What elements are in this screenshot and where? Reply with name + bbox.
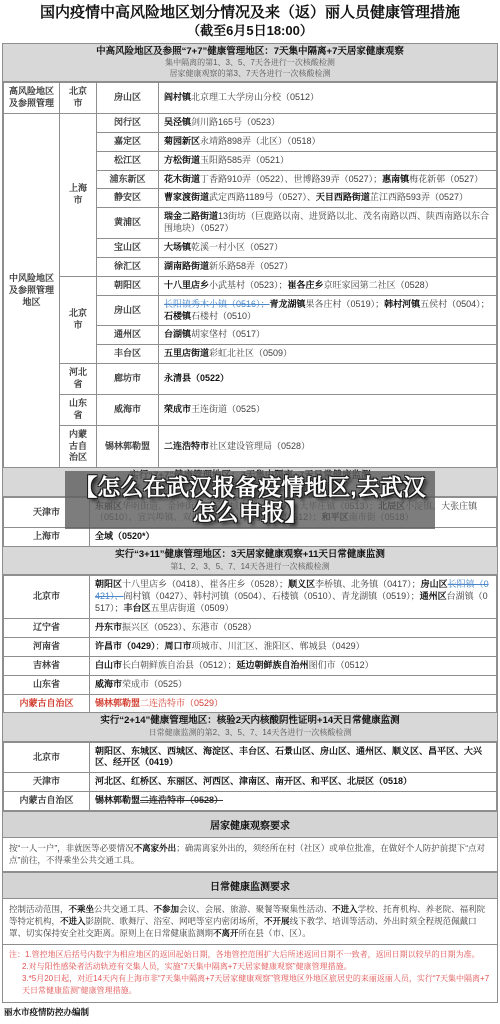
table-row: 内蒙古自治区锡林郭勒盟二连浩特市（0528） <box>4 792 497 811</box>
section1-header: 中高风险地区及参照“7+7”健康管理地区：7天集中隔离+7天居家健康观察 集中隔… <box>3 44 497 83</box>
district-cell: 静安区 <box>97 189 159 208</box>
text-run: 果各庄村（0519）； <box>306 299 385 309</box>
province-cell: 北京市 <box>60 276 97 363</box>
section1-sub1: 集中隔离的第1、3、5、7天各进行一次核酸检测 <box>7 58 493 68</box>
text-run: 朝阳区、东城区、西城区、海淀区、丰台区、石景山区、房山区、通州区、顺义区、昌平区… <box>95 746 482 768</box>
district-cell: 房山区 <box>97 295 159 326</box>
province-cell: 天津市 <box>4 773 90 792</box>
three-plus-eleven-table: 北京市朝阳区十八里店乡（0418）、崔各庄乡（0528）；顺义区李桥镇、北务镇（… <box>3 575 497 713</box>
footer-credit: 丽水市疫情防控办编制 <box>2 1003 498 1024</box>
text-run: 顺义区 <box>288 579 315 589</box>
text-run: 不离开 <box>213 928 239 938</box>
text-run: 阎村镇 <box>164 92 191 102</box>
district-cell: 朝阳区 <box>97 276 159 295</box>
page-subtitle: （截至6月5日18:00） <box>2 23 498 40</box>
text-run: 王连街道（0525） <box>191 404 265 414</box>
detail-cell: 台湖镇胡家垡村（0517） <box>159 326 497 345</box>
section3-sub1: 第1、2、3、5、7、14天各进行一次核酸检测 <box>7 562 493 572</box>
watermark-overlay: 【怎么在武汉报备疫情地区,去武汉怎么申报】 <box>65 471 435 529</box>
text-run: 长白朝鲜族自治县（0512）； <box>122 660 237 670</box>
text-run: 房山区 <box>421 579 448 589</box>
text-run: 天目西路街道 <box>316 192 370 202</box>
table-row: 河北省廊坊市永清县（0522） <box>4 364 497 395</box>
text-run: 二连浩特市（0528） <box>140 795 223 805</box>
text-run: 锡林郭勒盟 <box>95 795 140 805</box>
province-cell: 山东省 <box>4 675 90 694</box>
note-line: 3.*5月20日起，对近14天内有上海市非“7天集中隔离+7天居家健康观察”管理… <box>9 973 491 997</box>
text-run: 社区建设管理局（0528） <box>209 441 310 451</box>
detail-cell: 全域（0520*） <box>90 528 497 547</box>
text-run: 全域（0520*） <box>95 531 155 541</box>
province-cell: 北京市 <box>4 576 90 619</box>
table-row: 天津市河北区、红桥区、东丽区、河西区、津南区、南开区、和平区、北辰区（0518） <box>4 773 497 792</box>
district-cell: 嘉定区 <box>97 132 159 151</box>
text-run: ； <box>156 641 165 651</box>
text-run: 台湖镇 <box>164 329 191 339</box>
detail-cell: 五里店街道彩虹北社区（0509） <box>159 345 497 364</box>
text-run: 崔各庄乡 <box>288 280 324 290</box>
district-cell: 锡林郭勒盟 <box>97 425 159 468</box>
table-row: 北京市朝阳区十八里店乡（0418）、崔各庄乡（0528）；顺义区李桥镇、北务镇（… <box>4 576 497 619</box>
detail-cell: 方松街道玉阳路585弄（0521） <box>159 151 497 170</box>
section4-header: 实行“2+14”健康管理地区：核验2天内核酸阴性证明+14天日常健康监测 日常健… <box>3 713 497 741</box>
text-run: 不进入 <box>60 916 86 926</box>
text-run: 大场镇 <box>164 242 191 252</box>
detail-cell: 十八里店乡小武基村（0523）；崔各庄乡京旺家园第二社区（0528） <box>159 276 497 295</box>
district-cell: 威海市 <box>97 394 159 425</box>
document-page: 国内疫情中高风险地区划分情况及来（返）丽人员健康管理措施 （截至6月5日18:0… <box>2 0 498 1024</box>
district-cell: 通州区 <box>97 326 159 345</box>
text-run: 周口市 <box>165 641 192 651</box>
detail-cell: 大场镇乾溪一村小区（0527） <box>159 239 497 258</box>
watermark-text: 【怎么在武汉报备疫情地区,去武汉怎么申报】 <box>65 475 435 527</box>
text-run: 韩村河镇 <box>384 299 420 309</box>
text-run: 永靖路898弄（北区）（0518） <box>200 136 321 146</box>
text-run: 青龙湖镇 <box>270 299 306 309</box>
table-row: 吉林省白山市长白朝鲜族自治县（0512）；延边朝鲜族自治州图们市（0512） <box>4 656 497 675</box>
table-row: 高风险地区及参照管理北京市房山区阎村镇北京理工大学房山分校（0512） <box>4 83 497 114</box>
table-row: 中风险地区及参照管理地区上海市闵行区吴泾镇剑川路165号（0523） <box>4 113 497 132</box>
risk-area-table: 高风险地区及参照管理北京市房山区阎村镇北京理工大学房山分校（0512）中风险地区… <box>3 82 497 468</box>
section4-sub1: 日常健康监测的第2、3、5、7、14天各进行一次核酸检测 <box>7 728 493 738</box>
text-run: 按“一人一户”，非就医等必要情况 <box>9 843 134 853</box>
text-run: 湖南路街道 <box>164 261 209 271</box>
detail-cell: 瑞金二路街道13街坊（巨鹿路以南、进贤路以北、茂名南路以西、陕西南路以东合围地块… <box>159 208 497 239</box>
text-run: 五里店街道（0509） <box>151 603 234 613</box>
text-run: 芷江西路593弄（0527） <box>370 192 468 202</box>
text-run: 惠南镇 <box>382 174 409 184</box>
district-cell: 徐汇区 <box>97 257 159 276</box>
detail-cell: 永清县（0522） <box>159 364 497 395</box>
risk-category-cell: 中风险地区及参照管理地区 <box>4 113 60 467</box>
text-run: 吴泾镇 <box>164 117 191 127</box>
detail-cell: 河北区、红桥区、东丽区、河西区、津南区、南开区、和平区、北辰区（0518） <box>90 773 497 792</box>
district-cell: 浦东新区 <box>97 170 159 189</box>
text-run: 剑川路165号（0523） <box>191 117 280 127</box>
section3-header: 实行“3+11”健康管理地区：3天居家健康观察+11天日常健康监测 第1、2、3… <box>3 547 497 575</box>
province-cell: 内蒙古自治区 <box>60 425 97 468</box>
text-run: 河北区、红桥区、东丽区、河西区、津南区、南开区、和平区、北辰区（0518） <box>95 776 412 786</box>
text-run: 荣成市 <box>164 404 191 414</box>
text-run: 瑞金二路街道 <box>164 211 218 221</box>
detail-cell: 锡林郭勒盟二连浩特市（0529） <box>90 694 497 713</box>
home-observation-band: 居家健康观察要求 <box>3 811 497 838</box>
province-cell: 吉林省 <box>4 656 90 675</box>
text-run: 延边朝鲜族自治州 <box>237 660 309 670</box>
table-row: 北京市朝阳区十八里店乡小武基村（0523）；崔各庄乡京旺家园第二社区（0528） <box>4 276 497 295</box>
text-run: 长阳镇秀木小镇（0516）； <box>164 299 270 309</box>
detail-cell: 花木街道丁香路910弄（0522）、世博路39弄（0527）；惠南镇梅花新邨（0… <box>159 170 497 189</box>
text-run: 锡林郭勒盟 <box>95 698 140 708</box>
table-row: 辽宁省丹东市振兴区（0523）、东港市（0528） <box>4 619 497 638</box>
province-cell: 上海市 <box>60 113 97 276</box>
text-run: 图们市（0512） <box>309 660 374 670</box>
section1-title: 中高风险地区及参照“7+7”健康管理地区：7天集中隔离+7天居家健康观察 <box>7 46 493 59</box>
table-row: 内蒙古自治区锡林郭勒盟二连浩特市（0529） <box>4 694 497 713</box>
district-cell: 廊坊市 <box>97 364 159 395</box>
detail-cell: 二连浩特市社区建设管理局（0528） <box>159 425 497 468</box>
detail-cell: 菊园新区永靖路898弄（北区）（0518） <box>159 132 497 151</box>
table-row: 河南省许昌市（0429）；周口市项城市、川汇区、淮阳区、郸城县（0429） <box>4 637 497 656</box>
section4-title: 实行“2+14”健康管理地区：核验2天内核酸阴性证明+14天日常健康监测 <box>7 715 493 728</box>
text-run: 石楼村（0510） <box>191 311 256 321</box>
detail-cell: 白山市长白朝鲜族自治县（0512）；延边朝鲜族自治州图们市（0512） <box>90 656 497 675</box>
text-run: 梅花新邨（0527） <box>409 174 483 184</box>
text-run: 荣成市（0525） <box>122 679 187 689</box>
text-run: 京旺家园第二社区（0528） <box>324 280 434 290</box>
text-run: 不参加 <box>154 904 180 914</box>
detail-cell: 丹东市振兴区（0523）、东港市（0528） <box>90 619 497 638</box>
text-run: 十八里店乡 <box>164 280 209 290</box>
text-run: 武定西路1189号（0527）、 <box>209 192 316 202</box>
text-run: 玉阳路585弄（0521） <box>200 155 289 165</box>
detail-cell: 荣成市王连街道（0525） <box>159 394 497 425</box>
daily-monitoring-text: 控制活动范围，不乘坐公共交通工具、不参加会议、会展、旅游、聚餐等聚集性活动、不进… <box>3 899 497 945</box>
province-cell: 山东省 <box>60 394 97 425</box>
text-run: 花木街道 <box>164 174 200 184</box>
detail-cell: 朝阳区、东城区、西城区、海淀区、丰台区、石景山区、房山区、通州区、顺义区、昌平区… <box>90 742 497 773</box>
text-run: 二连浩特市 <box>164 441 209 451</box>
text-run: 曹家渡街道 <box>164 192 209 202</box>
text-run: 项城市、川汇区、淮阳区、郸城县（0429） <box>192 641 365 651</box>
text-run: 公共交通工具、 <box>94 904 154 914</box>
detail-cell: 威海市荣成市（0525） <box>90 675 497 694</box>
text-run: 乾溪一村小区（0527） <box>191 242 283 252</box>
detail-cell: 许昌市（0429）；周口市项城市、川汇区、淮阳区、郸城县（0429） <box>90 637 497 656</box>
text-run: 李桥镇、北务镇（0417）； <box>315 579 421 589</box>
text-run: 会议、会展、旅游、聚餐等聚集性活动、 <box>179 904 332 914</box>
text-run: 丹东市 <box>95 622 122 632</box>
text-run: 小武基村（0523）； <box>209 280 288 290</box>
detail-cell: 朝阳区十八里店乡（0418）、崔各庄乡（0528）；顺义区李桥镇、北务镇（041… <box>90 576 497 619</box>
text-run: 方松街道 <box>164 155 200 165</box>
table-row: 山东省威海市荣成市王连街道（0525） <box>4 394 497 425</box>
district-cell: 闵行区 <box>97 113 159 132</box>
text-run: 十八里店乡（0418）、崔各庄乡（0528）； <box>122 579 288 589</box>
text-run: 所在县（市、区）。 <box>239 928 311 938</box>
district-cell: 房山区 <box>97 83 159 114</box>
text-run: 振兴区（0523）、东港市（0528） <box>122 622 257 632</box>
text-run: 影剧院、歌舞厅、浴室、网吧等室内密闭场所， <box>86 916 265 926</box>
text-run: 威海市 <box>95 679 122 689</box>
text-run: 胡家垡村（0517） <box>191 329 265 339</box>
notes-block: 注：1.管控地区后括号内数字为相应地区的返回起始日期，各地管控范围扩大后所述返回… <box>3 945 497 1002</box>
text-run: 阎村镇（0427）、韩村河镇（0504）、石楼镇（0510）、青龙湖镇（0519… <box>124 591 420 601</box>
detail-cell: 阎村镇北京理工大学房山分校（0512） <box>159 83 497 114</box>
daily-monitoring-band: 日常健康监测要求 <box>3 872 497 899</box>
detail-cell: 湖南路街道新乐路58弄（0527） <box>159 257 497 276</box>
text-run: 五里店街道 <box>164 348 209 358</box>
two-plus-fourteen-table: 北京市朝阳区、东城区、西城区、海淀区、丰台区、石景山区、房山区、通州区、顺义区、… <box>3 742 497 812</box>
text-run: 五侯村（0504）； <box>420 299 490 309</box>
district-cell: 丰台区 <box>97 345 159 364</box>
note-line: 2.对与阳性感染者活动轨迹有交集人员，实施“7天集中隔离+7天居家健康观察”健康… <box>9 961 491 973</box>
note-line: 注：1.管控地区后括号内数字为相应地区的返回起始日期，各地管控范围扩大后所述返回… <box>9 949 491 961</box>
text-run: 控制活动范围， <box>9 904 69 914</box>
province-cell: 内蒙古自治区 <box>4 792 90 811</box>
detail-cell: 锡林郭勒盟二连浩特市（0528） <box>90 792 497 811</box>
table-row: 内蒙古自治区锡林郭勒盟二连浩特市社区建设管理局（0528） <box>4 425 497 468</box>
district-cell: 黄浦区 <box>97 208 159 239</box>
home-observation-text: 按“一人一户”，非就医等必要情况不离家外出；确需离家外出的，须经所在村（社区）或… <box>3 838 497 872</box>
section3-title: 实行“3+11”健康管理地区：3天居家健康观察+11天日常健康监测 <box>7 549 493 562</box>
text-run: 许昌市（0429） <box>95 641 156 651</box>
detail-cell: 吴泾镇剑川路165号（0523） <box>159 113 497 132</box>
district-cell: 松江区 <box>97 151 159 170</box>
section2-wrapper: 实行“7+7”健康管理地区：7天集中隔离+7天日常健康监测 集中隔离的第1、3、… <box>3 468 497 547</box>
text-run: 北京理工大学房山分校（0512） <box>191 92 319 102</box>
province-cell: 河北省 <box>60 364 97 395</box>
detail-cell: 长阳镇秀木小镇（0516）；青龙湖镇果各庄村（0519）；韩村河镇五侯村（050… <box>159 295 497 326</box>
text-run: 丰台区 <box>124 603 151 613</box>
text-run: 白山市 <box>95 660 122 670</box>
detail-cell: 曹家渡街道武定西路1189号（0527）、天目西路街道芷江西路593弄（0527… <box>159 189 497 208</box>
table-row: 山东省威海市荣成市（0525） <box>4 675 497 694</box>
text-run: 通州区 <box>420 591 447 601</box>
text-run: 二连浩特市（0529） <box>140 698 223 708</box>
province-cell: 北京市 <box>60 83 97 114</box>
text-run: 朝阳区 <box>95 579 122 589</box>
province-cell: 北京市 <box>4 742 90 773</box>
text-run: 菊园新区 <box>164 136 200 146</box>
text-run: 石楼镇 <box>164 311 191 321</box>
text-run: 彩虹北社区（0509） <box>209 348 292 358</box>
text-run: 不离家外出 <box>134 843 177 853</box>
text-run: 不进入 <box>332 904 358 914</box>
text-run: 永清县（0522） <box>164 373 229 383</box>
text-run: 新乐路58弄（0527） <box>209 261 293 271</box>
province-cell: 上海市 <box>4 528 90 547</box>
section1-sub2: 居家健康观察的第3、7天各进行一次核酸检测 <box>7 69 493 79</box>
table-row: 上海市全域（0520*） <box>4 528 497 547</box>
province-cell: 河南省 <box>4 637 90 656</box>
district-cell: 宝山区 <box>97 239 159 258</box>
province-cell: 辽宁省 <box>4 619 90 638</box>
page-title: 国内疫情中高风险地区划分情况及来（返）丽人员健康管理措施 <box>2 4 498 23</box>
text-run: 丁香路910弄（0522）、世博路39弄（0527）； <box>200 174 382 184</box>
province-cell: 内蒙古自治区 <box>4 694 90 713</box>
risk-category-cell: 高风险地区及参照管理 <box>4 83 60 114</box>
text-run: 不开展 <box>264 916 290 926</box>
text-run: 不乘坐 <box>69 904 95 914</box>
table-row: 北京市朝阳区、东城区、西城区、海淀区、丰台区、石景山区、房山区、通州区、顺义区、… <box>4 742 497 773</box>
main-sheet: 中高风险地区及参照“7+7”健康管理地区：7天集中隔离+7天居家健康观察 集中隔… <box>2 43 498 1003</box>
